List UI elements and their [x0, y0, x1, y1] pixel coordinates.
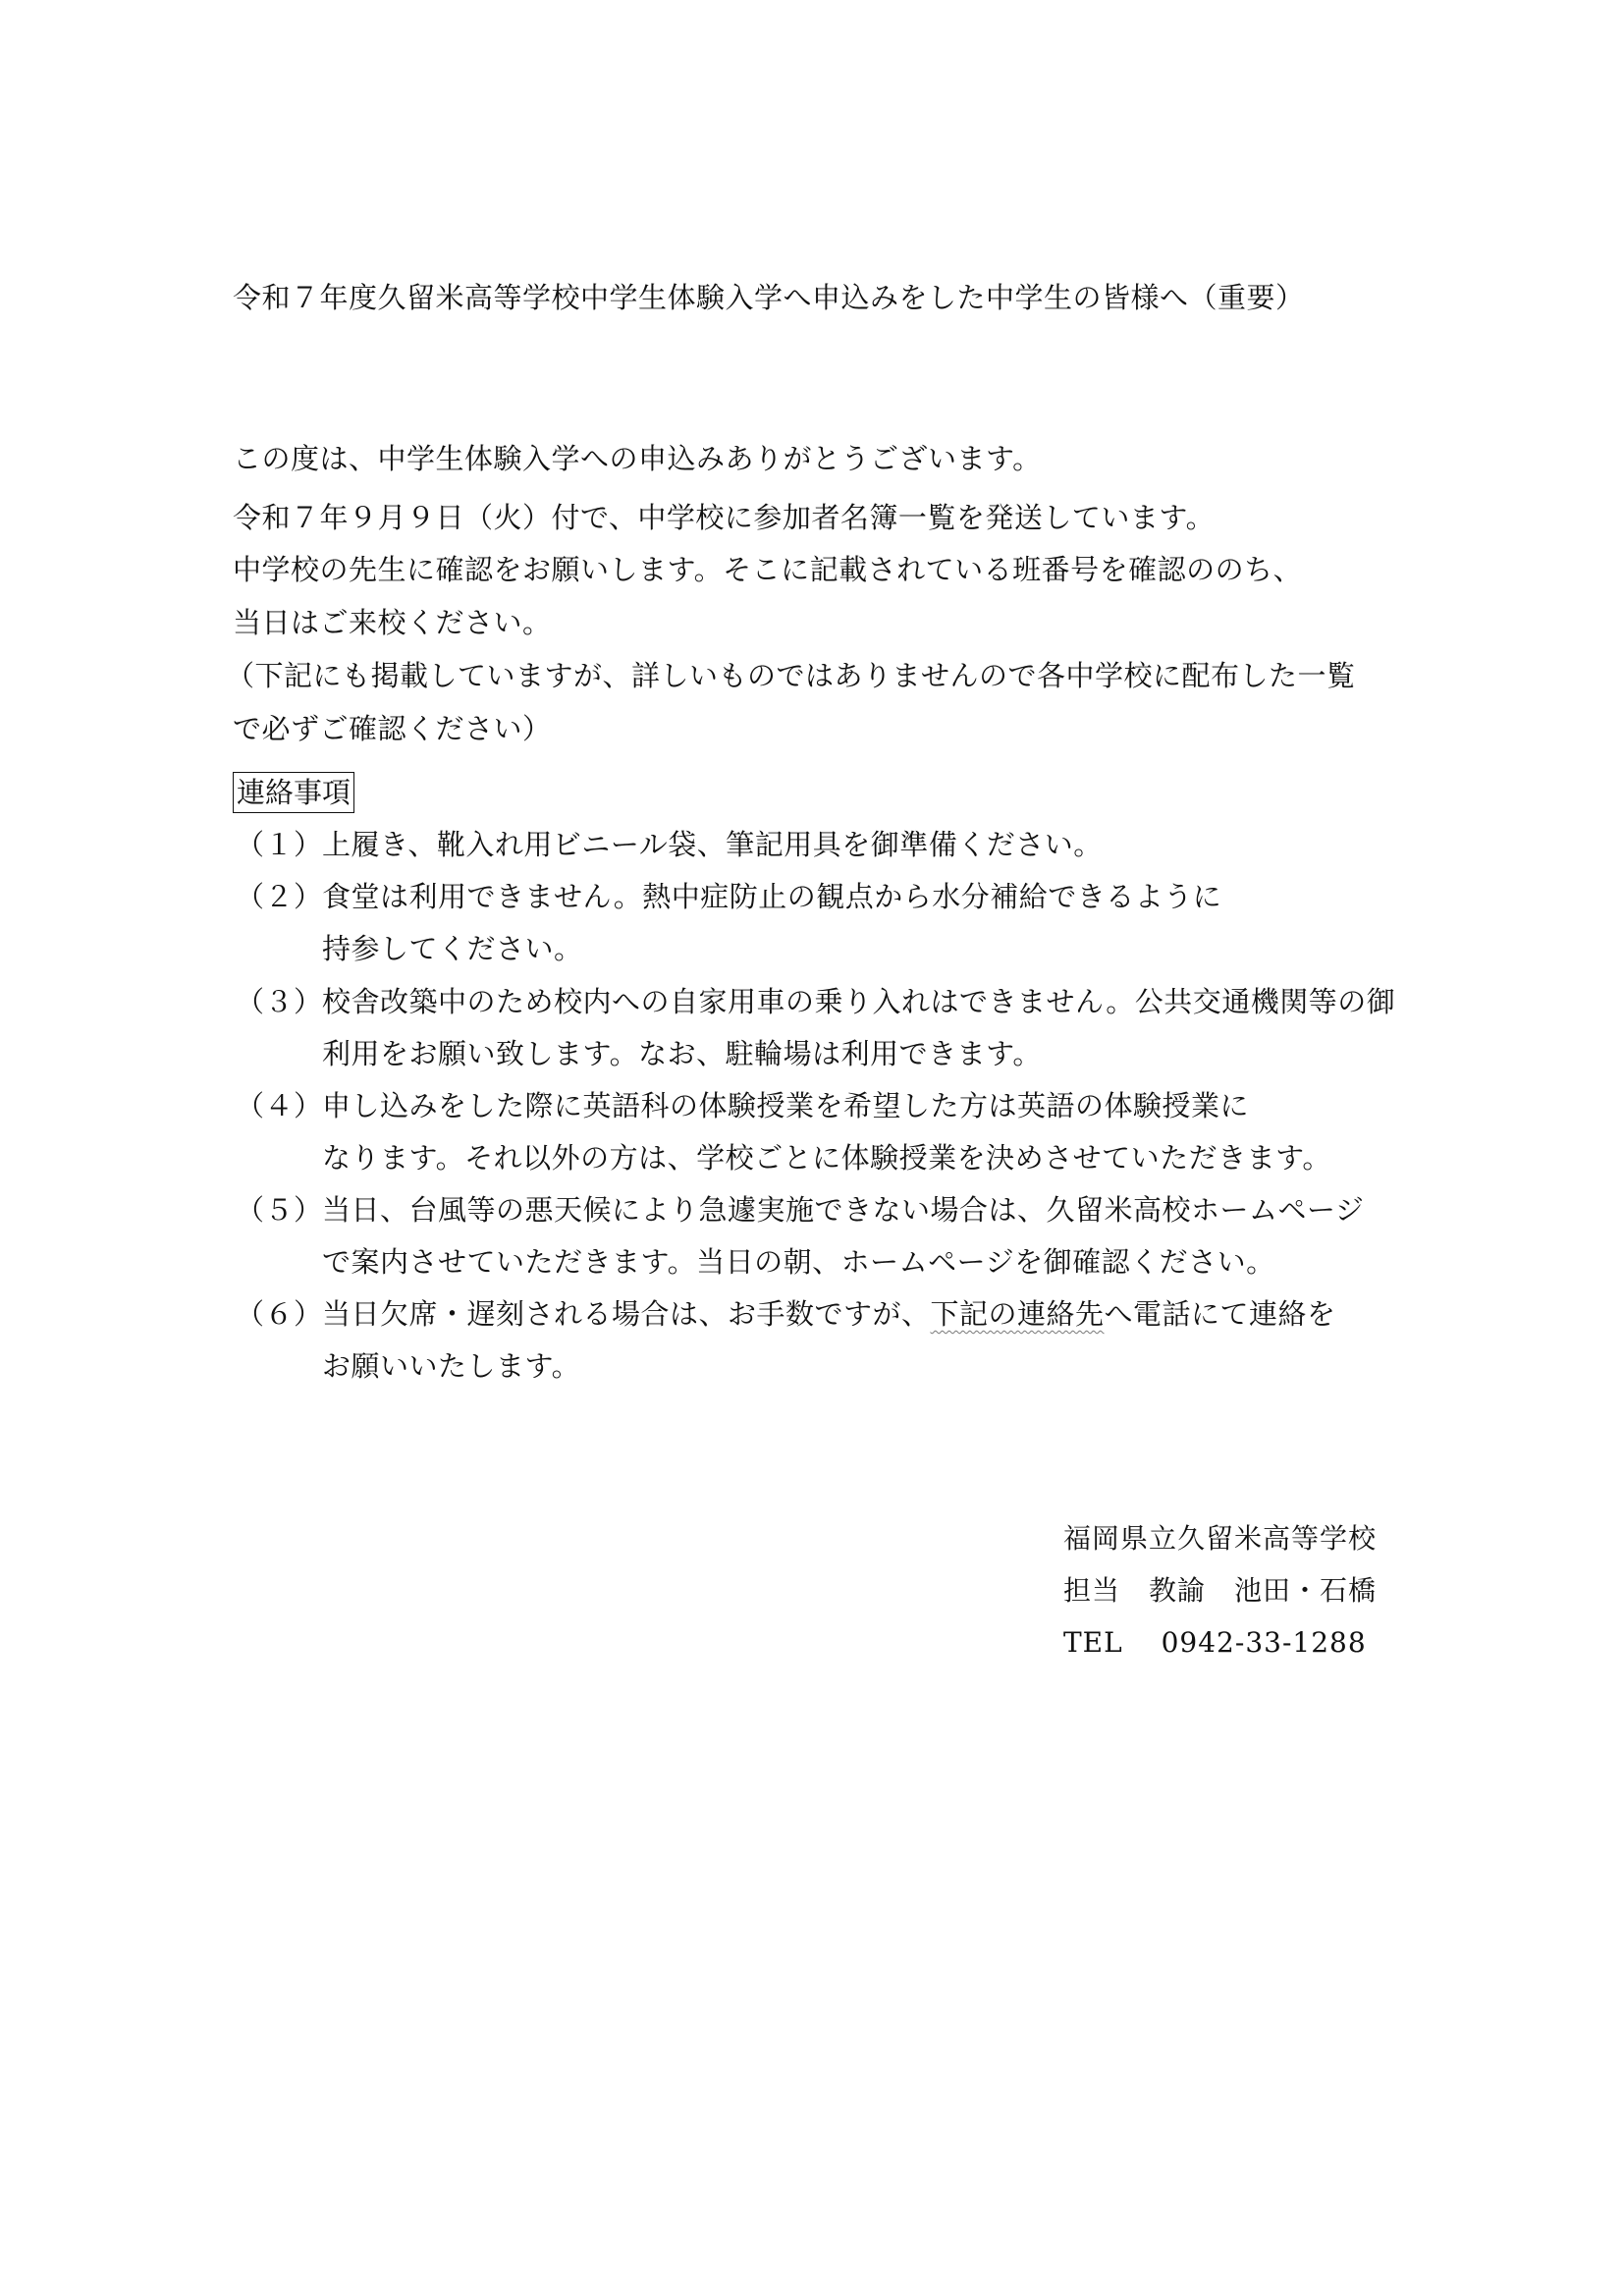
item-text: 上履き、靴入れ用ビニール袋、筆記用具を御準備ください。	[322, 828, 1103, 861]
item-text: 食堂は利用できません。熱中症防止の観点から水分補給できるように	[322, 880, 1221, 913]
item-text: 当日、台風等の悪天候により急遽実施できない場合は、久留米高校ホームページ	[322, 1193, 1364, 1227]
notice-item-5: （５）当日、台風等の悪天候により急遽実施できない場合は、久留米高校ホームページ	[236, 1190, 1364, 1230]
item-number: （１）	[236, 825, 322, 864]
item-text: 申し込みをした際に英語科の体験授業を希望した方は英語の体験授業に	[322, 1089, 1249, 1122]
item-text-underlined: 下記の連絡先	[931, 1297, 1105, 1331]
notice-item-4-cont: なります。それ以外の方は、学校ごとに体験授業を決めさせていただきます。	[322, 1138, 1331, 1177]
item-number: （４）	[236, 1086, 322, 1125]
notice-item-6: （６）当日欠席・遅刻される場合は、お手数ですが、下記の連絡先へ電話にて連絡を	[236, 1294, 1336, 1334]
item-number: （６）	[236, 1294, 322, 1334]
intro-line-1: この度は、中学生体験入学への申込みありがとうございます。	[233, 439, 1042, 478]
notice-item-4: （４）申し込みをした際に英語科の体験授業を希望した方は英語の体験授業に	[236, 1086, 1249, 1125]
item-number: （５）	[236, 1190, 322, 1230]
intro-line-5: （下記にも掲載していますが、詳しいものではありませんので各中学校に配布した一覧	[226, 656, 1356, 695]
item-text-after: へ電話にて連絡を	[1105, 1297, 1336, 1331]
intro-line-2: 令和７年９月９日（火）付で、中学校に参加者名簿一覧を発送しています。	[233, 498, 1215, 537]
signature-school: 福岡県立久留米高等学校	[1063, 1519, 1377, 1558]
item-text: 校舎改築中のため校内への自家用車の乗り入れはできません。公共交通機関等の御	[322, 985, 1395, 1018]
signature-contact: 担当 教諭 池田・石橋	[1063, 1571, 1377, 1611]
notice-item-3-cont: 利用をお願い致します。なお、駐輪場は利用できます。	[322, 1034, 1042, 1073]
document-title: 令和７年度久留米高等学校中学生体験入学へ申込みをした中学生の皆様へ（重要）	[233, 278, 1305, 317]
intro-line-3: 中学校の先生に確認をお願いします。そこに記載されている班番号を確認ののち、	[233, 550, 1302, 589]
item-number: （２）	[236, 877, 322, 916]
document-page: 令和７年度久留米高等学校中学生体験入学へ申込みをした中学生の皆様へ（重要） この…	[0, 0, 1623, 2296]
item-text-before: 当日欠席・遅刻される場合は、お手数ですが、	[322, 1297, 931, 1331]
intro-line-4: 当日はご来校ください。	[233, 603, 552, 642]
notice-item-3: （３）校舎改築中のため校内への自家用車の乗り入れはできません。公共交通機関等の御	[236, 982, 1395, 1021]
notice-item-5-cont: で案内させていただきます。当日の朝、ホームページを御確認ください。	[322, 1242, 1275, 1282]
notice-item-1: （１）上履き、靴入れ用ビニール袋、筆記用具を御準備ください。	[236, 825, 1103, 864]
item-number: （３）	[236, 982, 322, 1021]
notice-item-2-cont: 持参してください。	[322, 929, 583, 968]
notice-item-6-cont: お願いいたします。	[322, 1346, 580, 1386]
intro-line-6: で必ずご確認ください）	[233, 709, 552, 748]
section-heading-box: 連絡事項	[233, 772, 354, 813]
notice-item-2: （２）食堂は利用できません。熱中症防止の観点から水分補給できるように	[236, 877, 1221, 916]
signature-tel: TEL 0942-33-1288	[1063, 1623, 1367, 1663]
